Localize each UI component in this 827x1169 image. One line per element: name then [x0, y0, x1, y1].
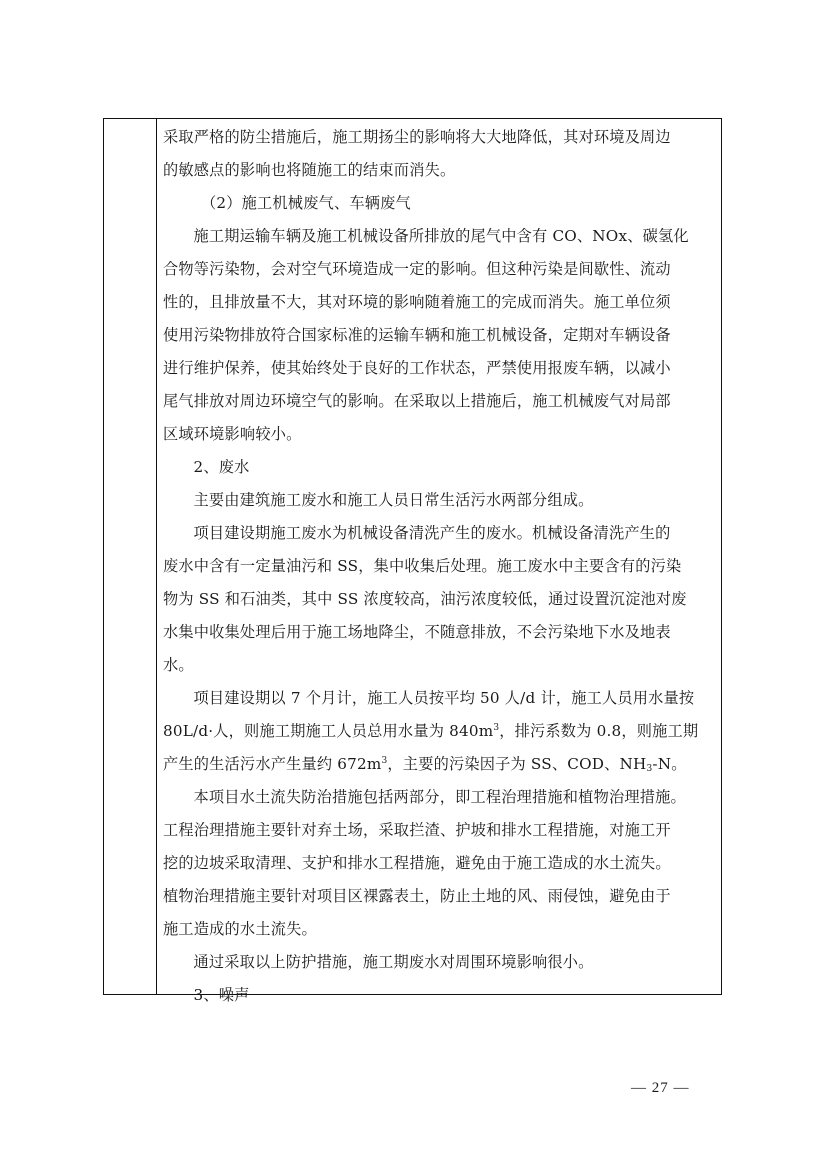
paragraph-line: 水。 — [163, 649, 715, 682]
content-table: 采取严格的防尘措施后，施工期扬尘的影响将大大地降低，其对环境及周边 的敏感点的影… — [103, 118, 722, 995]
paragraph-line: 进行维护保养，使其始终处于良好的工作状态，严禁使用报废车辆，以减小 — [163, 352, 715, 385]
paragraph-line: 合物等污染物，会对空气环境造成一定的影响。但这种污染是间歇性、流动 — [163, 253, 715, 286]
paragraph-line: 主要由建筑施工废水和施工人员日常生活污水两部分组成。 — [163, 484, 715, 517]
paragraph-line: 采取严格的防尘措施后，施工期扬尘的影响将大大地降低，其对环境及周边 — [163, 121, 715, 154]
paragraph-line: 性的，且排放量不大，其对环境的影响随着施工的完成而消失。施工单位须 — [163, 286, 715, 319]
paragraph-line: 施工期运输车辆及施工机械设备所排放的尾气中含有 CO、NOx、碳氢化 — [163, 220, 715, 253]
paragraph-line: 施工造成的水土流失。 — [163, 913, 715, 946]
section-heading-noise: 3、噪声 — [163, 979, 715, 1012]
paragraph-line: 的敏感点的影响也将随施工的结束而消失。 — [163, 154, 715, 187]
paragraph-line: 本项目水土流失防治措施包括两部分，即工程治理措施和植物治理措施。 — [163, 781, 715, 814]
paragraph-line-sewage-volume: 产生的生活污水产生量约 672m3，主要的污染因子为 SS、COD、NH3-N。 — [163, 748, 715, 781]
paragraph-line: 挖的边坡采取清理、支护和排水工程措施，避免由于施工造成的水土流失。 — [163, 847, 715, 880]
paragraph-line: 植物治理措施主要针对项目区裸露表土，防止土地的风、雨侵蚀，避免由于 — [163, 880, 715, 913]
paragraph-line: 区域环境影响较小。 — [163, 418, 715, 451]
paragraph-line: 项目建设期以 7 个月计，施工人员按平均 50 人/d 计，施工人员用水量按 — [163, 682, 715, 715]
paragraph-line: 废水中含有一定量油污和 SS，集中收集后处理。施工废水中主要含有的污染 — [163, 550, 715, 583]
page-number: — 27 — — [631, 1080, 690, 1097]
section-heading-machinery-exhaust: （2）施工机械废气、车辆废气 — [163, 187, 715, 220]
paragraph-line-water-usage: 80L/d·人，则施工期施工人员总用水量为 840m3，排污系数为 0.8，则施… — [163, 715, 715, 748]
paragraph-line: 尾气排放对周边环境空气的影响。在采取以上措施后，施工机械废气对局部 — [163, 385, 715, 418]
paragraph-line: 通过采取以上防护措施，施工期废水对周围环境影响很小。 — [163, 946, 715, 979]
paragraph-line: 使用污染物排放符合国家标准的运输车辆和施工机械设备，定期对车辆设备 — [163, 319, 715, 352]
table-left-column — [104, 119, 157, 994]
table-content-column: 采取严格的防尘措施后，施工期扬尘的影响将大大地降低，其对环境及周边 的敏感点的影… — [157, 119, 721, 994]
section-heading-wastewater: 2、废水 — [163, 451, 715, 484]
paragraph-line: 项目建设期施工废水为机械设备清洗产生的废水。机械设备清洗产生的 — [163, 517, 715, 550]
paragraph-line: 水集中收集处理后用于施工场地降尘，不随意排放，不会污染地下水及地表 — [163, 616, 715, 649]
paragraph-line: 物为 SS 和石油类，其中 SS 浓度较高，油污浓度较低，通过设置沉淀池对废 — [163, 583, 715, 616]
paragraph-line: 工程治理措施主要针对弃土场，采取拦渣、护坡和排水工程措施，对施工开 — [163, 814, 715, 847]
